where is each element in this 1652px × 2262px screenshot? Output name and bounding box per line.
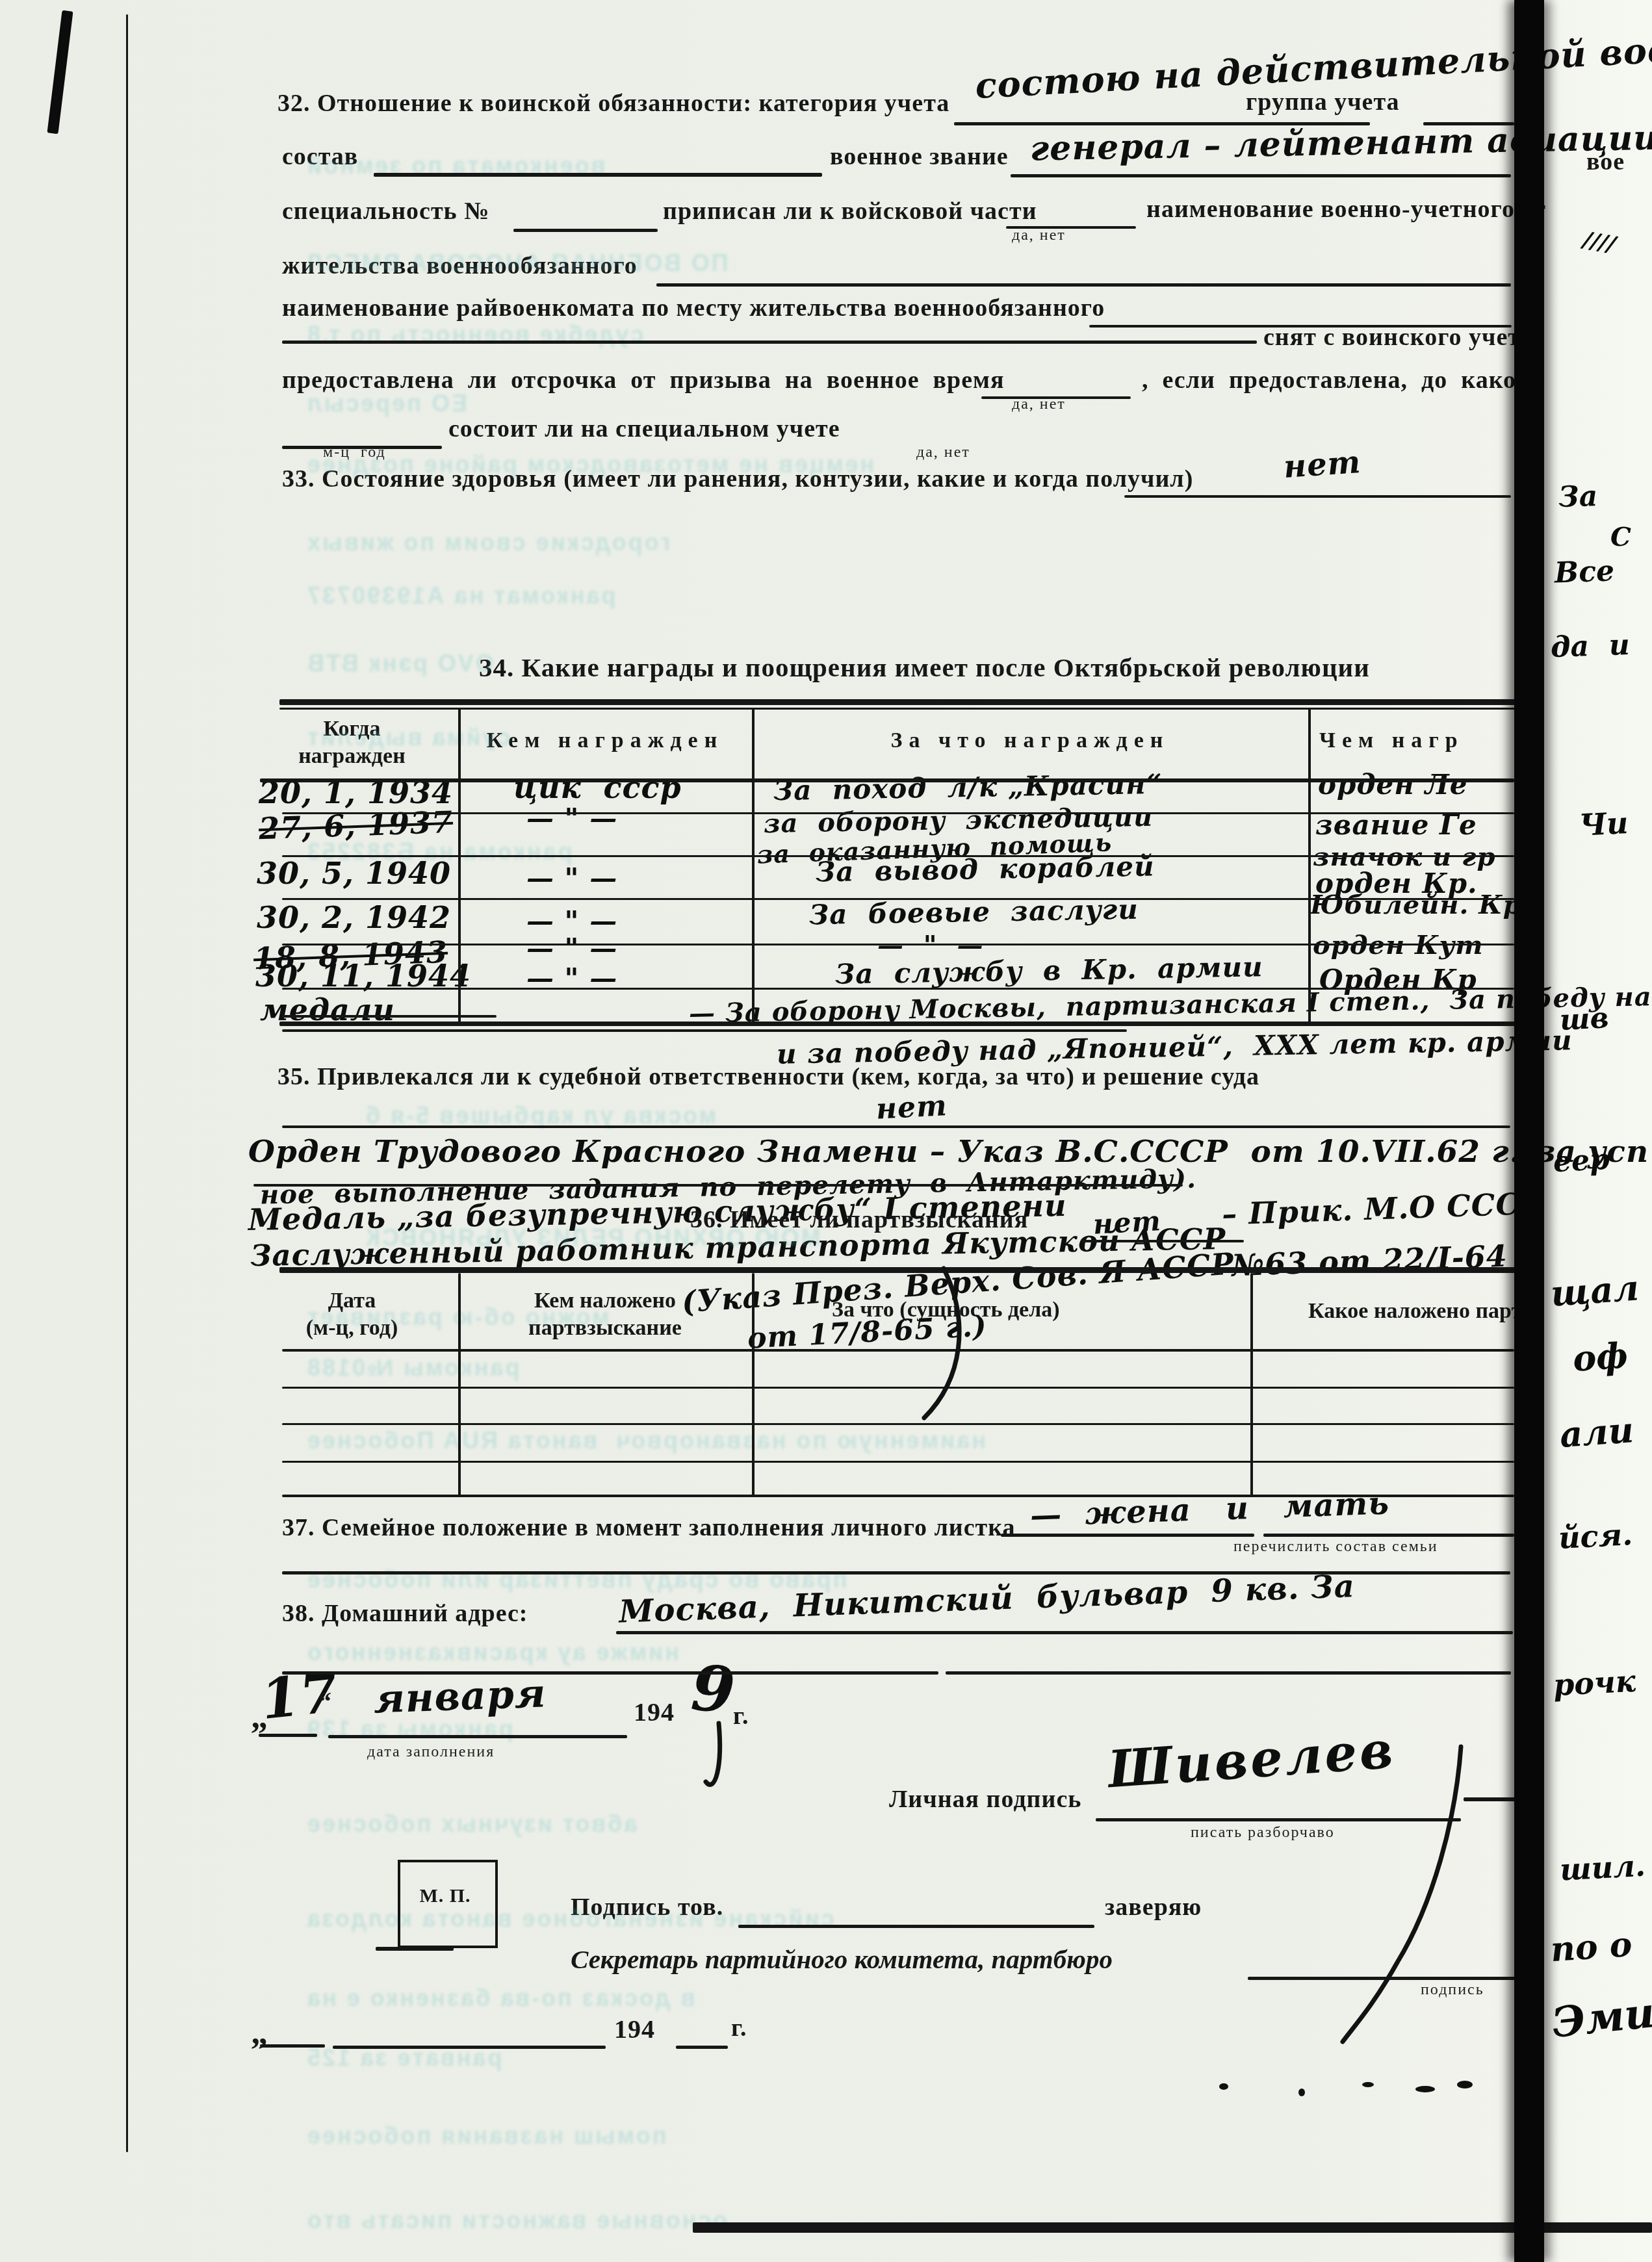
ghost-bleed-line: ПО ВОЕННАЯ АНОСОВА ВМЕСЛ [305, 251, 729, 276]
ghost-bleed-line: немцев не метозаводском районе позднее [305, 452, 874, 477]
edge-fragment-eer: еер [1553, 1145, 1610, 1178]
award-for-6: За службу в Кр. армии [835, 953, 1263, 989]
table-divider-line [752, 708, 755, 1025]
ghost-bleed-line: суйма выделит [305, 725, 511, 750]
ghost-bleed-line: москва ул карбышев 5-я б [364, 1103, 716, 1128]
scan-gutter-band [1514, 0, 1544, 2262]
form-rule-line [282, 1671, 938, 1675]
award-by-1: цик ссср [513, 772, 682, 803]
hw-order-line-1: Орден Трудового Красного Знамени – Указ … [248, 1136, 1649, 1168]
table-divider-line [1250, 1273, 1253, 1497]
form-rule-line [1081, 1240, 1244, 1242]
table-divider-line [458, 1273, 461, 1497]
form-rule-line [374, 173, 822, 177]
ghost-bleed-line: основные важности писать вто [305, 2208, 727, 2233]
edge-fragment-za: За [1558, 482, 1598, 513]
form-rule-line [279, 1267, 1516, 1273]
award-by-4: — " — [526, 907, 617, 936]
form-rule-line [1011, 174, 1511, 177]
hw-rank: генерал – лейтенант авиации [1030, 121, 1652, 167]
form-rule-line [1263, 1534, 1514, 1537]
form-rule-line [282, 446, 442, 449]
form-rule-line [1089, 325, 1512, 328]
edge-fragment-schal: щал [1549, 1269, 1640, 1312]
family-caption: перечислить состав семьи [1233, 1539, 1438, 1555]
item34-heading: 34. Какие награды и поощрения имеет посл… [479, 654, 1370, 682]
form-rule-line [282, 812, 1514, 814]
ink-blot [1362, 2082, 1374, 2087]
form-rule-line [1096, 1818, 1461, 1821]
form-rule-line [253, 1184, 1183, 1187]
form-rule-line [328, 1735, 627, 1738]
pripisan-label: приписан ли к войсковой части [663, 199, 1037, 225]
form-rule-line [676, 2046, 728, 2049]
award-what-2b: значок и гр [1313, 843, 1495, 871]
ghost-bleed-line: наименную по названорвоч ванота RUA Побо… [305, 1428, 986, 1453]
award-for-3: За вывод кораблей [816, 852, 1155, 886]
form-rule-line [260, 2044, 325, 2048]
award-for-4: За боевые заслуги [809, 895, 1139, 930]
col36-what: Какое наложено парт [1308, 1300, 1522, 1323]
form-rule-line [282, 1387, 1514, 1389]
form-rule-line [279, 708, 1516, 710]
edge-fragment-s: С [1610, 524, 1631, 551]
edge-fragment-po-o: по о [1549, 1927, 1633, 1968]
zaveryayu-label: заверяю [1105, 1895, 1202, 1921]
form-rule-line [282, 1029, 1127, 1032]
form-rule-line [282, 1125, 1510, 1128]
award-date-4: 30, 2, 1942 [257, 902, 451, 933]
award-what-4b: орден Кут [1313, 932, 1484, 959]
ink-blot [1415, 2086, 1435, 2092]
year-194-label-2: 194 [614, 2016, 655, 2043]
hw-prik-line: – Прик. М.О СССР [1221, 1187, 1543, 1230]
pisat-razborchivo-caption: писать разборчаво [1191, 1825, 1335, 1841]
form-rule-line [282, 341, 1257, 344]
edge-fragment-shv: шв [1559, 1003, 1610, 1036]
ink-blot [1219, 2083, 1228, 2090]
hw-month: января [373, 1673, 547, 1720]
award-what-4: Юбилейн. Кр. [1310, 892, 1532, 919]
item32-label: 32. Отношение к воинской обязанности: ка… [277, 91, 949, 117]
award-what-1: орден Ле [1318, 771, 1467, 799]
sostoit-label: состоит ли на специальном учете [448, 417, 840, 443]
form-rule-line [1423, 122, 1514, 125]
snyat-label: снят с воинского учета [1263, 325, 1534, 351]
edge-hatch-fragment: //// [1581, 229, 1617, 257]
ink-blot [1457, 2081, 1473, 2088]
ghost-bleed-line: можно об-ю разливает [305, 1305, 610, 1330]
raivoenkomat-label: наименование райвоенкомата по месту жите… [282, 296, 1105, 322]
ghost-bleed-line: МОЮ ОРХИНО РЕЛИЗ УЛЬЯНОВСК [364, 1226, 821, 1250]
hw-family: — жена и мать [1029, 1487, 1389, 1532]
edge-fragment-ali: али [1558, 1411, 1634, 1453]
ghost-bleed-line: абвот изучных побоснее [305, 1812, 638, 1836]
scanned-form-page: состою на действительной вое32. Отношени… [0, 0, 1652, 2262]
edge-fragment-shil: шил. [1559, 1850, 1646, 1886]
ghost-bleed-line: ранвате за 125 [305, 2046, 502, 2070]
form-rule-line [282, 1349, 1514, 1352]
danet-caption-3: да, нет [916, 444, 970, 461]
edge-fragment-da-i: да и [1550, 630, 1630, 663]
form-rule-line [282, 855, 1514, 857]
hw-net-33: нет [1282, 446, 1362, 484]
award-for-4b: — " — [877, 932, 984, 959]
year-194-label-1: 194 [634, 1699, 675, 1726]
form-rule-line [259, 1734, 317, 1737]
ghost-bleed-line: в досказ по-ва базненко е на [305, 1986, 695, 2011]
ghost-bleed-line: ранкома на Б382253 [305, 840, 573, 864]
edge-fragment-of: оф [1571, 1337, 1629, 1377]
form-rule-line [333, 2046, 606, 2049]
handwritten-signature-stroke [706, 1723, 720, 1784]
ghost-bleed-line: помыш названия побоснее [305, 2124, 667, 2148]
form-rule-line [282, 944, 1514, 945]
close-quote-1: “ [318, 1688, 332, 1716]
form-rule-line [1124, 495, 1511, 498]
ghost-bleed-line: ранкомат на А19390737 [305, 584, 616, 608]
ghost-bleed-line: ОVО рэнк ВТВ [305, 651, 494, 676]
award-for-1: За поход л/к „Красин“ [773, 770, 1163, 806]
ink-blot [1298, 2088, 1305, 2096]
hw-ukaz-line-2: от 17/8-65 г.) [747, 1311, 988, 1354]
g-abbrev-1: г. [733, 1704, 749, 1730]
edge-fragment-rochk: рочк [1553, 1665, 1636, 1701]
form-rule-line [616, 1631, 1513, 1634]
form-rule-line [693, 2222, 1652, 2233]
edge-fragment-emi: Эми [1550, 1991, 1652, 2045]
naimenovanie-voenno-uchetnogo: наименование военно-учетного ст [1146, 197, 1546, 223]
table-divider-line [458, 708, 461, 1025]
form-rule-line [282, 1015, 497, 1018]
award-by-2: — " — [526, 804, 617, 833]
edge-fragment-vse: Все [1554, 556, 1615, 588]
form-rule-line [282, 1423, 1514, 1425]
item38-label: 38. Домашний адрес: [282, 1601, 528, 1627]
form-rule-line [282, 1461, 1514, 1463]
form-rule-line [282, 988, 1514, 990]
ghost-bleed-line: ЕО пересыл [305, 391, 467, 416]
edge-fragment-isya: йся. [1558, 1519, 1633, 1554]
form-rule-line [1248, 1977, 1516, 1980]
form-rule-line [1464, 1797, 1516, 1801]
item35-label: 35. Привлекался ли к судебной ответствен… [277, 1064, 1259, 1090]
hw-year-digit: 9 [690, 1656, 738, 1724]
ghost-bleed-line: ранкомы №0188 [305, 1356, 519, 1380]
award-what-2: звание Ге [1315, 811, 1477, 840]
award-continuation: и за победу над „Японией“, XXX лет кр. а… [777, 1026, 1573, 1068]
data-zapolneniya-caption: дата заполнения [367, 1744, 495, 1760]
g-abbrev-2: г. [731, 2016, 747, 2042]
award-by-4b: — " — [526, 934, 617, 963]
esli-predostavlena-label: , если предоставлена, до како [1142, 368, 1516, 394]
spetsialnost-label: специальность № [282, 199, 489, 225]
form-rule-line [282, 1495, 1514, 1497]
hw-n63-line: №63 от 22/I-64 [1231, 1240, 1508, 1281]
form-rule-line [946, 1671, 1511, 1675]
col-with-what: Чем нагр [1319, 729, 1464, 752]
form-rule-line [279, 699, 1516, 705]
sekretar-label: Секретарь партийного комитета, партбюро [571, 1946, 1113, 1973]
col-for-what: За что награжден [752, 729, 1308, 752]
form-rule-line [738, 1925, 1094, 1928]
form-rule-line [282, 1571, 1510, 1574]
award-for-7: — За оборону Москвы, партизанская I степ… [689, 983, 1652, 1027]
table-divider-line [1308, 708, 1311, 1025]
voennoe-zvanie-label: военное звание [830, 144, 1009, 170]
form-rule-line [282, 898, 1514, 900]
lichnaya-podpis-label: Личная подпись [889, 1787, 1081, 1813]
ghost-bleed-line: нимже ау красивказненного [305, 1640, 679, 1665]
table-divider-line [752, 1273, 755, 1497]
scan-corner-artifact [47, 10, 73, 135]
danet-caption-1: да, нет [1012, 227, 1066, 244]
award-by-3: — " — [526, 864, 617, 893]
form-rule-line [1006, 226, 1136, 229]
table-divider-line [126, 14, 128, 2152]
form-rule-line [1001, 1534, 1254, 1537]
edge-fragment-chi: Чи [1579, 807, 1629, 841]
form-rule-line [656, 283, 1511, 287]
hw-net-35: нет [875, 1091, 948, 1125]
group-ucheta-label: группа учета [1246, 90, 1400, 116]
form-rule-line [279, 1022, 1516, 1026]
ghost-bleed-line: городские своим по живых [305, 530, 670, 555]
hw-signature: Шивелев [1107, 1724, 1397, 1797]
podpis-caption: подпись [1421, 1982, 1484, 1998]
form-rule-line [260, 778, 1514, 782]
voe-fragment: вое [1586, 149, 1625, 175]
form-rule-line [981, 396, 1131, 399]
form-rule-line [513, 229, 658, 232]
item37-label: 37. Семейное положение в момент заполнен… [282, 1515, 1016, 1541]
stamp-place-box [398, 1860, 498, 1948]
form-rule-line [954, 122, 1370, 125]
